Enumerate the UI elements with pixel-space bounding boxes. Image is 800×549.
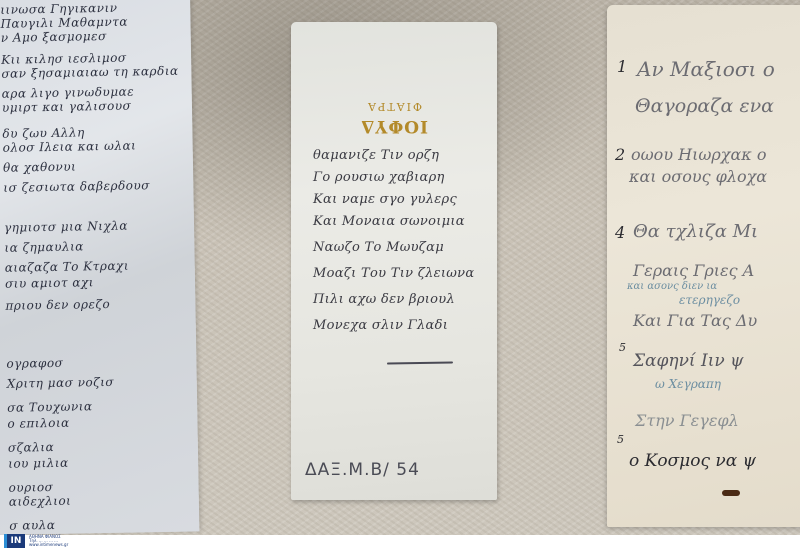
stanza-1-line: Γο ρουσιω χαβιαρη [313, 170, 445, 185]
item-line: Θαγοραζα ενα [635, 95, 774, 117]
stanza-1-line: Και ναμε σγο γυλερς [313, 192, 457, 207]
item-line: Στην Γεγεφλ [635, 411, 739, 430]
item-line: Σαφηνί Ιιν ψ [633, 351, 743, 371]
left-line: σιυ αμιοτ αχι [5, 275, 94, 291]
left-line: αιαζαζα Το Κτραχι [5, 259, 129, 275]
left-line: πριου δεν ορεζο [5, 297, 110, 313]
stanza-2-line: Ναωζο Το Μωυζαμ [313, 240, 444, 255]
right-manuscript-sheet: 1 Αν Μαξιοσι ο Θαγοραζα ενα 2 οωου Ηιωρχ… [607, 5, 800, 527]
left-line: ια ζημαυλια [4, 239, 84, 254]
left-line: ογραφοσ [6, 356, 63, 371]
left-line: αιδεχλιοι [9, 494, 72, 509]
item-line: ο Κοσμος να ψ [629, 451, 756, 471]
left-line: υμιρτ και γαλισουσ [2, 99, 132, 115]
left-line: ουριοσ [8, 480, 53, 495]
left-line: σζαλια [8, 440, 54, 455]
item-number: 5 [617, 433, 624, 446]
left-line: ν Αμο ξασμομεσ [1, 29, 107, 45]
left-line: δυ ζωυ Αλλη [2, 125, 85, 140]
left-line: Παυγιλι Μαθαμντα [0, 15, 128, 31]
left-line: σα Τουχωνια [7, 399, 93, 414]
item-number: 1 [617, 57, 627, 76]
item-line: Θα τχλιζα Μι [633, 221, 758, 242]
agency-logo: IN [4, 534, 25, 548]
archive-reference: ΔΑΞ.Μ.Β/ 54 [305, 460, 420, 480]
left-line: ιου μιλια [8, 456, 69, 471]
stanza-2-line: Μοαζι Του Τιν ζλειωνα [313, 266, 474, 281]
ink-underline [387, 361, 453, 364]
left-line: σ αυλα [9, 518, 55, 533]
photo-scene: ιινωσα Γηγικανιν Παυγιλι Μαθαμντα ν Αμο … [0, 0, 800, 535]
letterhead-subtitle: ΦΙΑΤΡΑ [291, 100, 497, 113]
left-line: ο επιλοια [7, 416, 69, 431]
item-number: 4 [615, 223, 625, 242]
item-line: Γεραις Γριες Α [633, 261, 754, 280]
letterhead-title: ΙΟΦΥΔ [291, 116, 497, 136]
stanza-2-line: Μονεχα σλιν Γλαδι [313, 318, 448, 333]
blue-ink-line: και ασονς διεν ια [627, 281, 717, 292]
agency-watermark: IN ΑΘΗΝΑ ΦΙΑΝΟΣ Τηλ. ... ... ... ... www… [4, 533, 68, 549]
item-line: οωου Ηιωρχακ ο [631, 145, 767, 164]
stanza-1-line: θαμανιζε Τιν ορζη [313, 148, 439, 163]
left-line: θα χαθονυι [3, 160, 76, 175]
blue-ink-line: ω Χεγραπη [655, 377, 721, 391]
stanza-1-line: Και Μοναια σωνοιμια [313, 214, 465, 229]
agency-credits: ΑΘΗΝΑ ΦΙΑΝΟΣ Τηλ. ... ... ... ... www.in… [29, 535, 68, 547]
ink-stain [722, 490, 740, 496]
credit-line: www.intimenews.gr [29, 543, 68, 547]
blue-ink-line: ετερηγεζο [679, 293, 740, 307]
left-manuscript-sheet: ιινωσα Γηγικανιν Παυγιλι Μαθαμντα ν Αμο … [0, 0, 199, 535]
stanza-2-line: Πιλι αχω δεν βριουλ [313, 292, 455, 307]
left-line: ισ ζεσιωτα δαβερδουσ [3, 178, 150, 195]
left-line: γημιοτσ μια Νιχλα [4, 219, 128, 235]
left-line: σαν ξησαμιαιαω τη καρδια [1, 64, 178, 81]
item-number: 2 [615, 145, 625, 164]
center-manuscript-sheet: ΙΟΦΥΔ ΦΙΑΤΡΑ θαμανιζε Τιν ορζη Γο ρουσιω… [291, 22, 497, 500]
left-line: ολοσ Ιλεια και ωλαι [3, 138, 137, 154]
left-line: Χριτη μασ νοζισ [7, 375, 115, 391]
item-line: και οσους φλοχα [629, 167, 767, 186]
item-number: 5 [619, 341, 626, 354]
item-line: Αν Μαξιοσι ο [637, 57, 775, 81]
item-line: Και Για Τας Δυ [633, 311, 757, 330]
